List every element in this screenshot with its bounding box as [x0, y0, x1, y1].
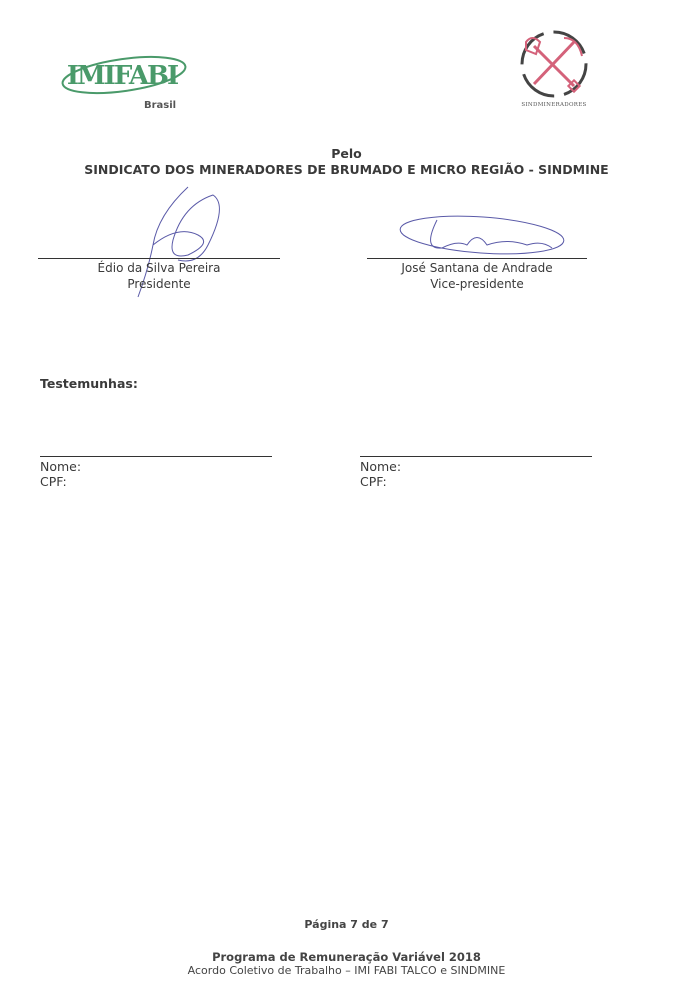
witness-name-label: Nome:	[40, 459, 272, 474]
signature-block-vice-president: José Santana de Andrade Vice-presidente	[367, 210, 587, 300]
witness-1: Nome: CPF:	[40, 456, 272, 489]
pickaxe-shovel-crossed-icon	[514, 28, 594, 100]
witness-name-label: Nome:	[360, 459, 592, 474]
witness-signature-line[interactable]	[40, 456, 272, 457]
footer-agreement: Acordo Coletivo de Trabalho – IMI FABI T…	[0, 964, 693, 977]
handwritten-signature-icon	[397, 210, 567, 260]
signature-line	[38, 258, 280, 259]
signature-line	[367, 258, 587, 259]
page-number: Página 7 de 7	[0, 918, 693, 931]
imifabi-logo: IMIFABI Brasil	[58, 50, 188, 116]
witness-cpf-label: CPF:	[360, 474, 592, 489]
imifabi-wordmark-icon: IMIFABI	[58, 50, 188, 100]
title-union-name: SINDICATO DOS MINERADORES DE BRUMADO E M…	[0, 162, 693, 177]
logo-subtitle: Brasil	[144, 100, 176, 111]
title-pelo: Pelo	[0, 146, 693, 161]
witnesses-heading: Testemunhas:	[40, 376, 138, 391]
signature-block-president: Édio da Silva Pereira Presidente	[38, 185, 280, 305]
signatory-role: Vice-presidente	[367, 277, 587, 291]
svg-text:IMIFABI: IMIFABI	[67, 61, 178, 91]
witness-cpf-label: CPF:	[40, 474, 272, 489]
sindmineradores-logo: SINDMINERADORES	[514, 28, 594, 114]
signatory-name: Édio da Silva Pereira	[38, 261, 280, 275]
footer-program-title: Programa de Remuneração Variável 2018	[0, 950, 693, 964]
logo-caption: SINDMINERADORES	[514, 102, 594, 108]
witness-2: Nome: CPF:	[360, 456, 592, 489]
witness-signature-line[interactable]	[360, 456, 592, 457]
signatory-name: José Santana de Andrade	[367, 261, 587, 275]
signatory-role: Presidente	[38, 277, 280, 291]
